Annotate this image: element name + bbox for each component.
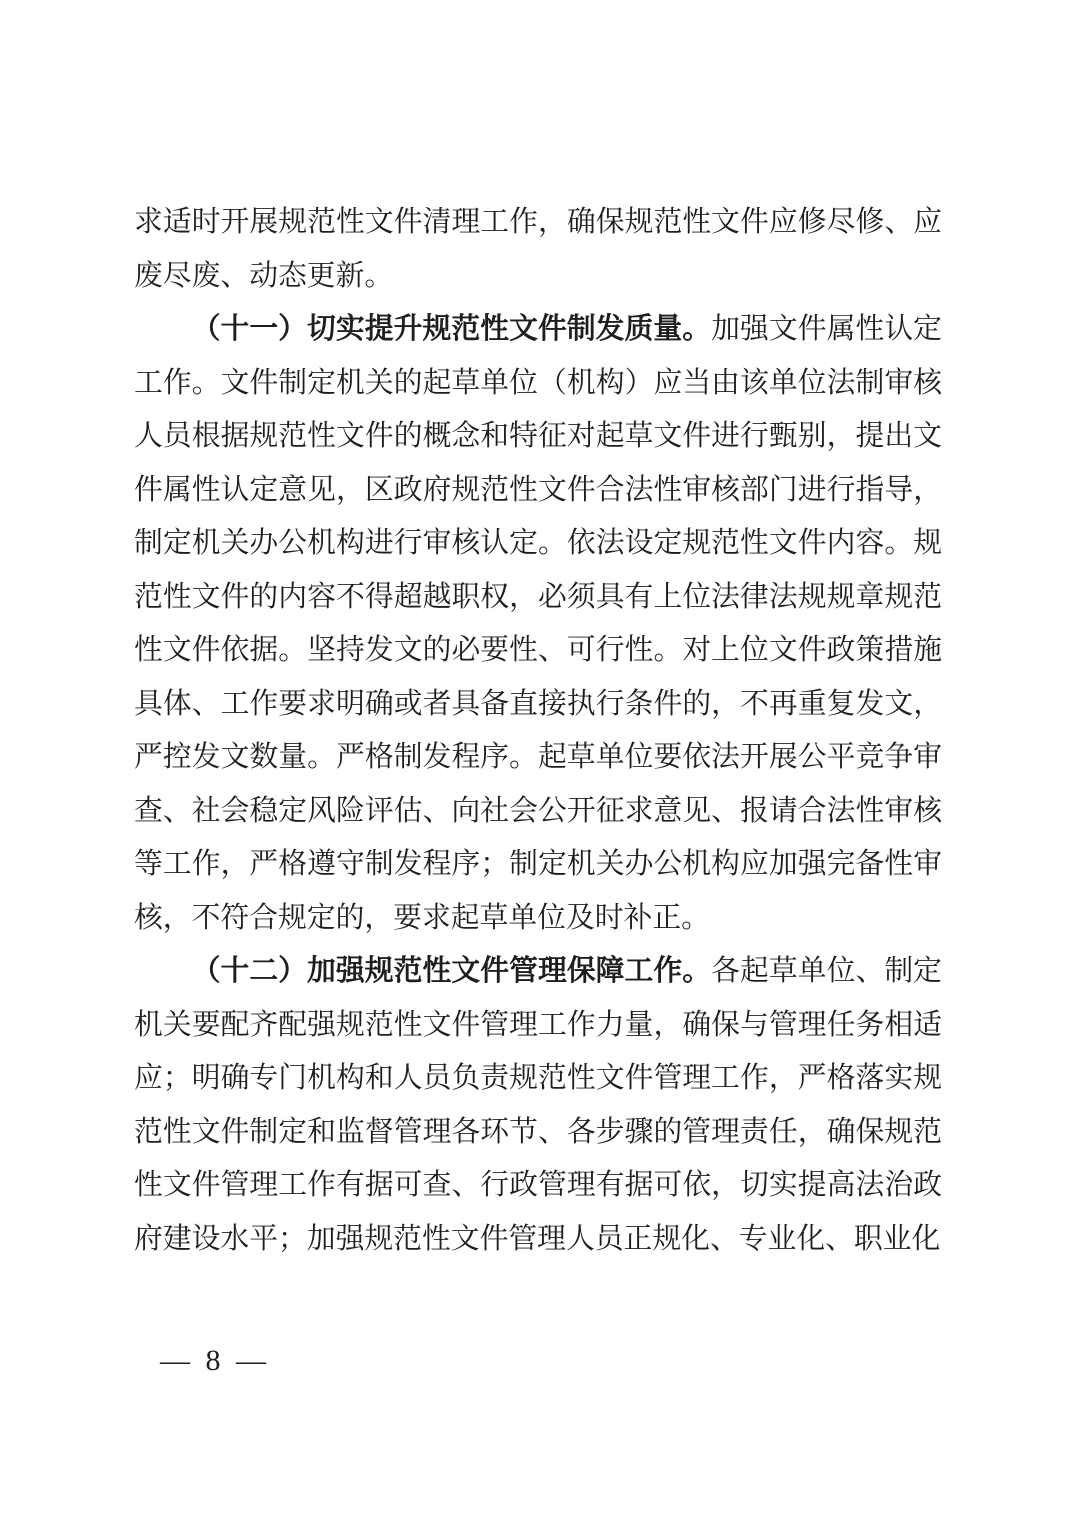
section-12-text: 各起草单位、制定机关要配齐配强规范性文件管理工作力量，确保与管理任务相适应；明确… — [134, 955, 942, 1255]
section-12-heading: （十二）加强规范性文件管理保障工作。 — [192, 955, 712, 987]
continuation-paragraph: 求适时开展规范性文件清理工作，确保规范性文件应修尽修、应废尽废、动态更新。 — [134, 196, 942, 303]
section-11-heading: （十一）切实提升规范性文件制发质量。 — [192, 313, 712, 345]
document-page: 求适时开展规范性文件清理工作，确保规范性文件应修尽修、应废尽废、动态更新。 （十… — [0, 0, 1074, 1520]
section-12-paragraph: （十二）加强规范性文件管理保障工作。各起草单位、制定机关要配齐配强规范性文件管理… — [134, 945, 942, 1266]
section-11-text: 加强文件属性认定工作。文件制定机关的起草单位（机构）应当由该单位法制审核人员根据… — [134, 313, 942, 934]
document-body: 求适时开展规范性文件清理工作，确保规范性文件应修尽修、应废尽废、动态更新。 （十… — [134, 196, 942, 1266]
section-11-paragraph: （十一）切实提升规范性文件制发质量。加强文件属性认定工作。文件制定机关的起草单位… — [134, 303, 942, 945]
paragraph-text: 求适时开展规范性文件清理工作，确保规范性文件应修尽修、应废尽废、动态更新。 — [134, 206, 942, 292]
page-number-label: — 8 — — [160, 1344, 267, 1377]
page-number: — 8 — — [160, 1341, 267, 1381]
